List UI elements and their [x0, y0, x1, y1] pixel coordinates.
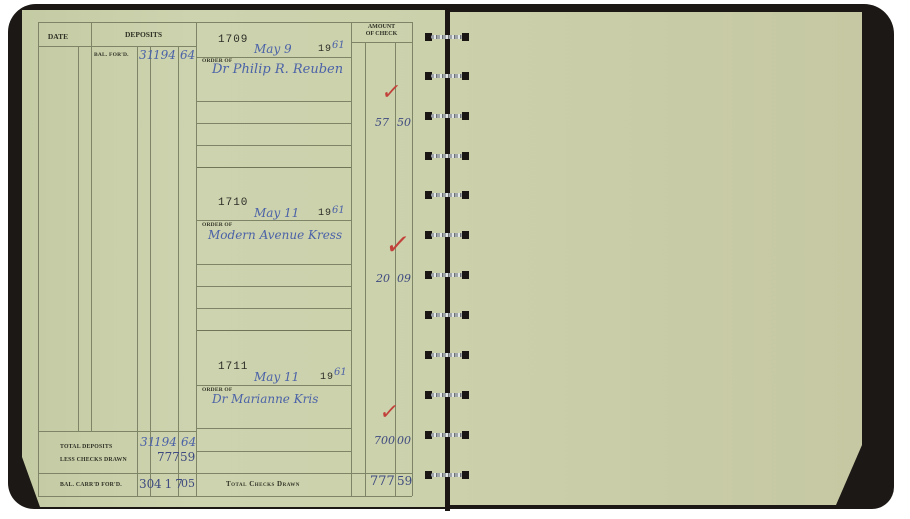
spiral-ring-icon	[425, 33, 469, 41]
rule	[351, 42, 412, 43]
spiral-ring-icon	[425, 431, 469, 439]
check-number: 1711	[218, 361, 248, 373]
check-date: May 11	[254, 206, 299, 220]
check-amount-dollars: 700	[374, 434, 395, 447]
spiral-ring-icon	[425, 112, 469, 120]
balance-forward-label: BAL. FOR'D.	[94, 52, 129, 58]
total-checks-drawn-dollars: 777	[370, 474, 395, 489]
amount-header-line2: OF CHECK	[351, 31, 412, 38]
spiral-ring-icon	[425, 471, 469, 479]
balance-forward-cents: 64	[180, 48, 195, 62]
check-year-suffix: 61	[332, 40, 345, 51]
less-checks-drawn-label: LESS CHECKS DRAWN	[60, 457, 127, 463]
check-payee: Modern Avenue Kress	[208, 228, 342, 242]
check-date: May 11	[254, 370, 299, 384]
check-year-suffix: 61	[334, 367, 347, 378]
spiral-ring-icon	[425, 311, 469, 319]
check-amount-dollars: 57	[375, 116, 389, 129]
spiral-ring-icon	[425, 72, 469, 80]
check-number: 1710	[218, 197, 248, 209]
balance-carried-cents: 05	[181, 477, 195, 490]
spiral-ring-icon	[425, 391, 469, 399]
spiral-ring-icon	[425, 191, 469, 199]
check-payee: Dr Marianne Kris	[212, 392, 318, 406]
check-payee: Dr Philip R. Reuben	[212, 62, 343, 77]
total-checks-drawn-label: Total Checks Drawn	[226, 480, 300, 488]
check-year-suffix: 61	[332, 205, 345, 216]
check-date: May 9	[254, 42, 292, 56]
check-register-page	[22, 10, 445, 507]
spiral-ring-icon	[425, 152, 469, 160]
check-number: 1709	[218, 34, 248, 46]
total-deposits-thousands: 31	[140, 435, 155, 449]
date-column-header: DATE	[38, 32, 78, 41]
check-amount-dollars: 20	[376, 272, 390, 285]
check-year-prefix: 19	[318, 44, 332, 55]
balance-forward-thousands: 31	[139, 48, 154, 62]
rule	[38, 22, 412, 23]
check-year-prefix: 19	[318, 208, 332, 219]
blank-page	[450, 12, 862, 505]
check-amount-cents: 00	[397, 434, 411, 447]
balance-carried-forward-label: BAL. CARR'D FOR'D.	[60, 482, 122, 488]
balance-forward-dollars: 194	[153, 48, 176, 62]
rule	[38, 46, 197, 47]
less-checks-dollars: 777	[157, 450, 180, 464]
spiral-ring-icon	[425, 271, 469, 279]
check-amount-cents: 09	[397, 272, 411, 285]
amount-header-line1: AMOUNT	[351, 24, 412, 31]
amount-of-check-header: AMOUNT OF CHECK	[351, 24, 412, 38]
total-deposits-cents: 64	[181, 435, 196, 449]
less-checks-cents: 59	[180, 450, 195, 464]
total-deposits-dollars: 194	[154, 435, 177, 449]
check-amount-cents: 50	[397, 116, 411, 129]
balance-carried-thousands: 30	[139, 477, 154, 491]
spiral-ring-icon	[425, 351, 469, 359]
spiral-ring-icon	[425, 231, 469, 239]
total-deposits-label: TOTAL DEPOSITS	[60, 444, 112, 450]
total-checks-drawn-cents: 59	[397, 474, 412, 488]
check-year-prefix: 19	[320, 372, 334, 383]
deposits-column-header: DEPOSITS	[91, 30, 196, 39]
